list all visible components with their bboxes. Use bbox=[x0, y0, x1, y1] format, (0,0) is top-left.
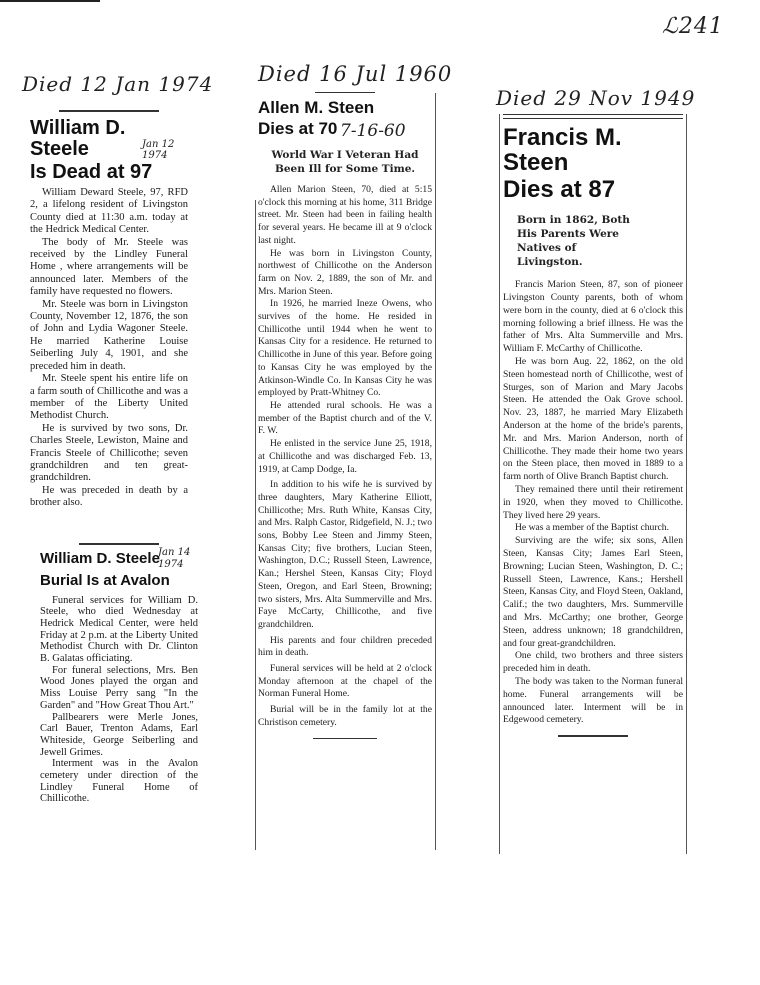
paragraph: He was born Aug. 22, 1862, on the old St… bbox=[503, 356, 683, 484]
paragraph: One child, two brothers and three sister… bbox=[503, 650, 683, 676]
page-reference-note: ℒ241 bbox=[662, 14, 724, 39]
clipping-right-edge bbox=[686, 114, 687, 854]
headline-line-2: Is Dead at 97 bbox=[30, 162, 188, 183]
paragraph: He was a member of the Baptist church. bbox=[503, 522, 683, 535]
paragraph: The body of Mr. Steele was received by t… bbox=[30, 237, 188, 299]
article-subheadline: World War I Veteran Had Been Ill for Som… bbox=[262, 148, 428, 176]
paragraph: They remained there until their retireme… bbox=[503, 484, 683, 522]
paragraph: Francis Marion Steen, 87, son of pioneer… bbox=[503, 279, 683, 356]
clipping-top-rule bbox=[59, 110, 159, 112]
paragraph: He was born in Livingston County, northw… bbox=[258, 248, 432, 299]
handwritten-margin-note: Jan 12 1974 bbox=[142, 140, 182, 161]
paragraph: William Deward Steele, 97, RFD 2, a life… bbox=[30, 187, 188, 237]
paragraph: Funeral services will be held at 2 o'clo… bbox=[258, 663, 432, 701]
clipping-right-edge bbox=[435, 93, 436, 850]
article-body: Allen Marion Steen, 70, died at 5:15 o'c… bbox=[258, 184, 432, 730]
clipping-top-rule bbox=[79, 543, 159, 545]
paragraph: Interment was in the Avalon cemetery und… bbox=[40, 758, 198, 805]
paragraph: He is survived by two sons, Dr. Charles … bbox=[30, 423, 188, 485]
paragraph: Burial will be in the family lot at the … bbox=[258, 704, 432, 729]
paragraph: Surviving are the wife; six sons, Allen … bbox=[503, 535, 683, 650]
article-subheadline: Born in 1862, Both His Parents Were Nati… bbox=[517, 213, 637, 270]
clipping-top-double-rule bbox=[503, 114, 683, 119]
headline-block: William D. Steele Burial Is at Avalon Ja… bbox=[40, 551, 198, 589]
paragraph: Funeral services for William D. Steele, … bbox=[40, 595, 198, 665]
paragraph: He attended rural schools. He was a memb… bbox=[258, 400, 432, 438]
paragraph: In 1926, he married Ineze Owens, who sur… bbox=[258, 298, 432, 400]
paragraph: The body was taken to the Norman funeral… bbox=[503, 676, 683, 727]
clipping-end-rule bbox=[558, 735, 628, 737]
paragraph: He enlisted in the service June 25, 1918… bbox=[258, 438, 432, 476]
handwritten-margin-note: 7-16-60 bbox=[340, 121, 406, 141]
clipping-left-edge bbox=[499, 114, 500, 854]
handwritten-death-date: Died 16 Jul 1960 bbox=[258, 62, 452, 86]
paragraph: For funeral selections, Mrs. Ben Wood Jo… bbox=[40, 665, 198, 712]
paragraph: His parents and four children preceded h… bbox=[258, 635, 432, 660]
headline-line-2: Burial Is at Avalon bbox=[40, 573, 198, 589]
scan-edge-line bbox=[0, 0, 100, 2]
obituary-allen-steen: Allen M. Steen Dies at 70 7-16-60 World … bbox=[258, 92, 432, 739]
article-body: William Deward Steele, 97, RFD 2, a life… bbox=[30, 187, 188, 510]
headline-line-1: Francis M. Steen bbox=[503, 125, 683, 175]
clipping-left-edge bbox=[255, 200, 256, 850]
article-body: Francis Marion Steen, 87, son of pioneer… bbox=[503, 279, 683, 727]
paragraph: Allen Marion Steen, 70, died at 5:15 o'c… bbox=[258, 184, 432, 248]
obituary-francis-steen: Francis M. Steen Dies at 87 Born in 1862… bbox=[503, 114, 683, 737]
headline-block: Allen M. Steen Dies at 70 7-16-60 bbox=[258, 99, 432, 138]
paragraph: Mr. Steele spent his entire life on a fa… bbox=[30, 373, 188, 423]
handwritten-death-date: Died 29 Nov 1949 bbox=[496, 86, 695, 110]
handwritten-death-date: Died 12 Jan 1974 bbox=[22, 72, 213, 96]
clipping-end-rule bbox=[313, 738, 377, 739]
paragraph: He was preceded in death by a brother al… bbox=[30, 485, 188, 510]
obituary-william-steele: William D. Steele Is Dead at 97 Jan 12 1… bbox=[30, 110, 188, 510]
handwritten-margin-note: Jan 14 1974 bbox=[158, 547, 194, 570]
headline-line-1: Allen M. Steen bbox=[258, 99, 432, 117]
headline-block: William D. Steele Is Dead at 97 Jan 12 1… bbox=[30, 118, 188, 183]
paragraph: Pallbearers were Merle Jones, Carl Bauer… bbox=[40, 712, 198, 759]
headline-line-2: Dies at 87 bbox=[503, 177, 683, 202]
paragraph: Mr. Steele was born in Livingston County… bbox=[30, 299, 188, 373]
burial-notice-william-steele: William D. Steele Burial Is at Avalon Ja… bbox=[40, 543, 198, 805]
clipping-top-rule bbox=[315, 92, 375, 93]
article-body: Funeral services for William D. Steele, … bbox=[40, 595, 198, 806]
paragraph: In addition to his wife he is survived b… bbox=[258, 479, 432, 631]
